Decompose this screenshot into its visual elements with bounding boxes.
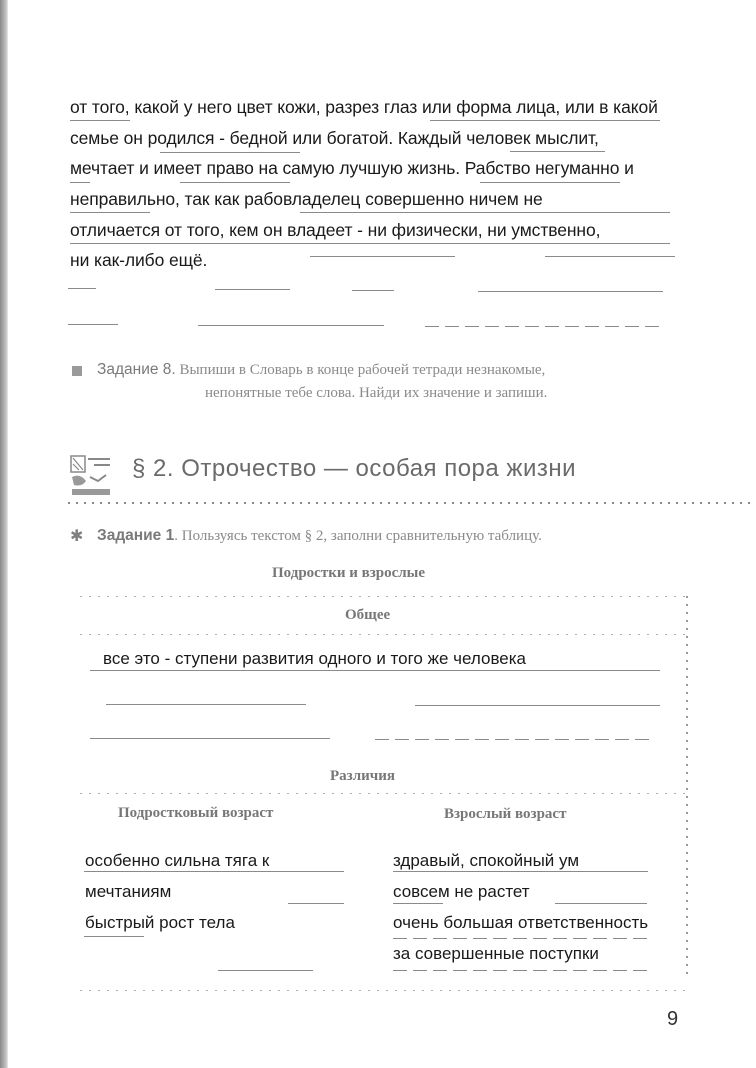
writing-rule [218,970,313,971]
writing-rule [393,938,648,939]
page-number: 9 [667,1008,678,1031]
section-emblem-icon [70,455,112,497]
writing-rule [288,903,344,904]
essay-line: мечтает и имеет право на самую лучшую жи… [70,158,634,179]
writing-rule [70,212,150,213]
table-border [80,793,690,794]
section-divider [68,502,754,504]
task-8-text-line1: Выпиши в Словарь в конце рабочей тетради… [179,362,545,378]
writing-rule [310,256,455,257]
adult-line: здравый, спокойный ум [393,851,579,871]
writing-rule [68,288,96,289]
writing-rule [198,325,384,326]
essay-line: ни как-либо ещё. [70,250,207,271]
essay-line: отличается от того, кем он владеет - ни … [70,220,600,241]
writing-rule [84,871,344,872]
task-1-text: . Пользуясь текстом § 2, заполни сравнит… [174,528,542,544]
section-title: § 2. Отрочество — особая пора жизни [132,455,576,483]
writing-rule [68,324,118,325]
writing-rule [478,291,663,292]
writing-rule [393,871,648,872]
task-1: Задание 1. Пользуясь текстом § 2, заполн… [97,527,542,545]
writing-rule [70,243,670,244]
writing-rule [352,290,394,291]
writing-rule [70,182,90,183]
writing-rule [555,903,647,904]
adult-line: совсем не растет [393,882,530,902]
common-answer: все это - ступени развития одного и того… [103,649,526,669]
table-title: Подростки и взрослые [272,565,425,582]
column-header-adult: Взрослый возраст [444,806,566,823]
writing-rule [84,936,144,937]
teen-line: быстрый рост тела [85,913,235,933]
teen-line: мечтаниям [85,882,171,902]
essay-line: от того, какой у него цвет кожи, разрез … [70,97,658,118]
task-8-label: Задание 8. [97,361,176,378]
writing-rule [375,739,655,740]
writing-rule [545,256,675,257]
square-bullet-icon [72,366,82,376]
writing-rule [393,903,443,904]
essay-line: неправильно, так как рабовладелец соверш… [70,189,543,210]
task-8-text-line2: непонятные тебе слова. Найди их значение… [205,385,547,402]
writing-rule [480,182,620,183]
writing-rule [300,212,670,213]
writing-rule [425,326,665,327]
column-header-teen: Подростковый возраст [118,805,273,822]
differences-header: Различия [330,768,395,785]
task-8: Задание 8. Выпиши в Словарь в конце рабо… [97,361,545,379]
page-binding-edge [0,0,8,1068]
writing-rule [180,182,290,183]
table-border [80,596,690,597]
writing-rule [90,670,660,671]
asterisk-icon: ✱ [70,526,83,546]
task-1-label: Задание 1 [97,527,174,544]
adult-line: за совершенные поступки [393,944,599,964]
writing-rule [430,120,660,121]
writing-rule [160,152,300,153]
writing-rule [90,738,330,739]
writing-rule [106,704,306,705]
teen-line: особенно сильна тяга к [85,851,269,871]
writing-rule [70,120,130,121]
table-border [686,596,688,976]
adult-line: очень большая ответственность [393,913,648,933]
essay-line: семье он родился - бедной или богатой. К… [70,128,599,149]
writing-rule [215,289,290,290]
writing-rule [393,970,648,971]
table-border [80,990,690,991]
writing-rule [510,151,605,152]
writing-rule [415,705,660,706]
table-border [80,634,690,635]
common-header: Общее [345,607,390,624]
